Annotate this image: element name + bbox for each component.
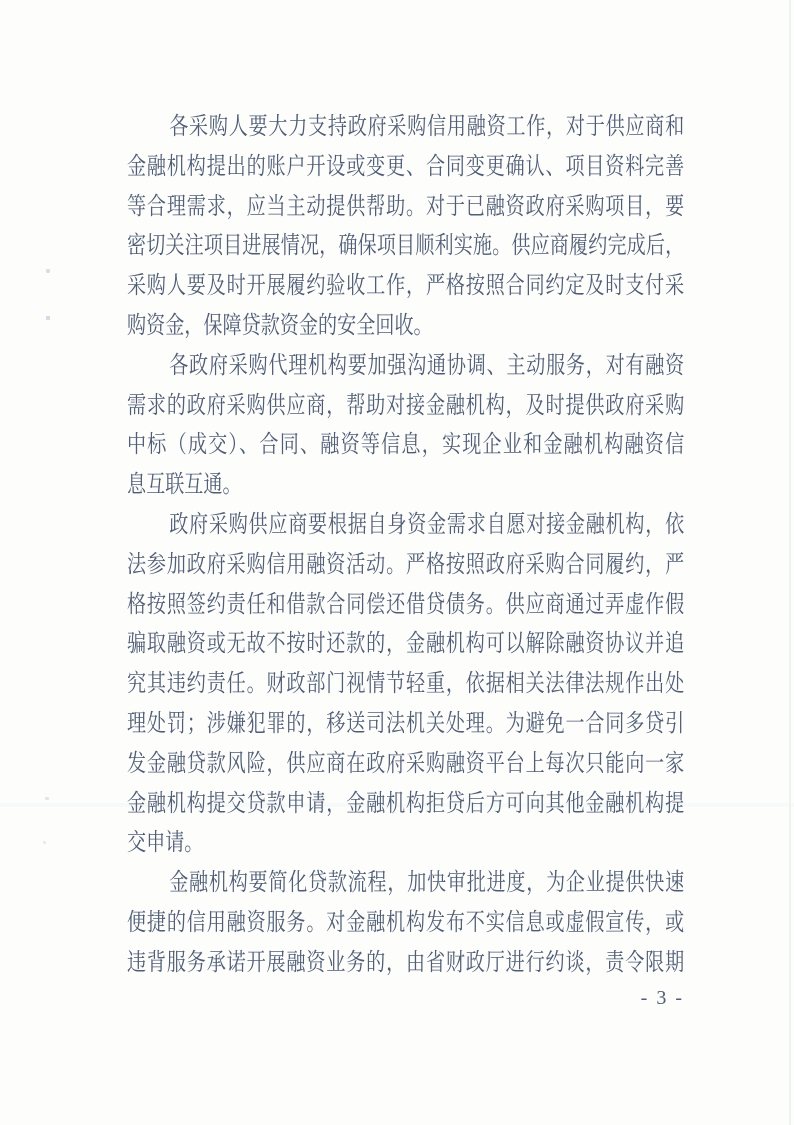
text-line: 各采购人要大力支持政府采购信用融资工作，对于供应商和 xyxy=(127,108,684,148)
text-line: 违背服务承诺开展融资业务的，由省财政厅进行约谈，责令限期 xyxy=(127,944,684,984)
scan-edge-line xyxy=(789,0,791,1125)
text-line: 中标（成交）、合同、融资等信息，实现企业和金融机构融资信 xyxy=(127,426,684,466)
text-line: 骗取融资或无故不按时还款的，金融机构可以解除融资协议并追 xyxy=(127,625,684,665)
text-line: 密切关注项目进展情况，确保项目顺利实施。供应商履约完成后， xyxy=(127,227,684,267)
scan-artifact xyxy=(45,797,49,800)
text-line: 政府采购供应商要根据自身资金需求自愿对接金融机构，依 xyxy=(127,506,684,546)
text-line: 金融机构提交贷款申请，金融机构拒贷后方可向其他金融机构提 xyxy=(127,785,684,825)
paragraph: 金融机构要简化贷款流程，加快审批进度，为企业提供快速便捷的信用融资服务。对金融机… xyxy=(127,864,684,983)
text-line: 购资金，保障贷款资金的安全回收。 xyxy=(127,307,684,347)
text-line: 各政府采购代理机构要加强沟通协调、主动服务，对有融资 xyxy=(127,347,684,387)
scan-artifact xyxy=(43,841,46,844)
text-line: 等合理需求，应当主动提供帮助。对于已融资政府采购项目，要 xyxy=(127,188,684,228)
scan-artifact xyxy=(46,269,50,273)
text-line: 息互联互通。 xyxy=(127,466,684,506)
text-line: 需求的政府采购供应商，帮助对接金融机构，及时提供政府采购 xyxy=(127,387,684,427)
paragraph: 各政府采购代理机构要加强沟通协调、主动服务，对有融资需求的政府采购供应商，帮助对… xyxy=(127,347,684,506)
text-line: 交申请。 xyxy=(127,824,684,864)
text-line: 金融机构要简化贷款流程，加快审批进度，为企业提供快速 xyxy=(127,864,684,904)
text-line: 究其违约责任。财政部门视情节轻重，依据相关法律法规作出处 xyxy=(127,665,684,705)
document-body: 各采购人要大力支持政府采购信用融资工作，对于供应商和金融机构提出的账户开设或变更… xyxy=(127,108,684,984)
text-line: 发金融贷款风险，供应商在政府采购融资平台上每次只能向一家 xyxy=(127,745,684,785)
paragraph: 各采购人要大力支持政府采购信用融资工作，对于供应商和金融机构提出的账户开设或变更… xyxy=(127,108,684,347)
page-number: - 3 - xyxy=(127,987,684,1010)
document-page: 各采购人要大力支持政府采购信用融资工作，对于供应商和金融机构提出的账户开设或变更… xyxy=(0,0,794,1125)
text-line: 法参加政府采购信用融资活动。严格按照政府采购合同履约，严 xyxy=(127,546,684,586)
text-line: 采购人要及时开展履约验收工作，严格按照合同约定及时支付采 xyxy=(127,267,684,307)
scan-artifact xyxy=(46,316,50,320)
text-line: 理处罚；涉嫌犯罪的，移送司法机关处理。为避免一合同多贷引 xyxy=(127,705,684,745)
text-line: 金融机构提出的账户开设或变更、合同变更确认、项目资料完善 xyxy=(127,148,684,188)
paragraph: 政府采购供应商要根据自身资金需求自愿对接金融机构，依法参加政府采购信用融资活动。… xyxy=(127,506,684,864)
text-line: 便捷的信用融资服务。对金融机构发布不实信息或虚假宣传，或 xyxy=(127,904,684,944)
text-line: 格按照签约责任和借款合同偿还借贷债务。供应商通过弄虚作假 xyxy=(127,586,684,626)
